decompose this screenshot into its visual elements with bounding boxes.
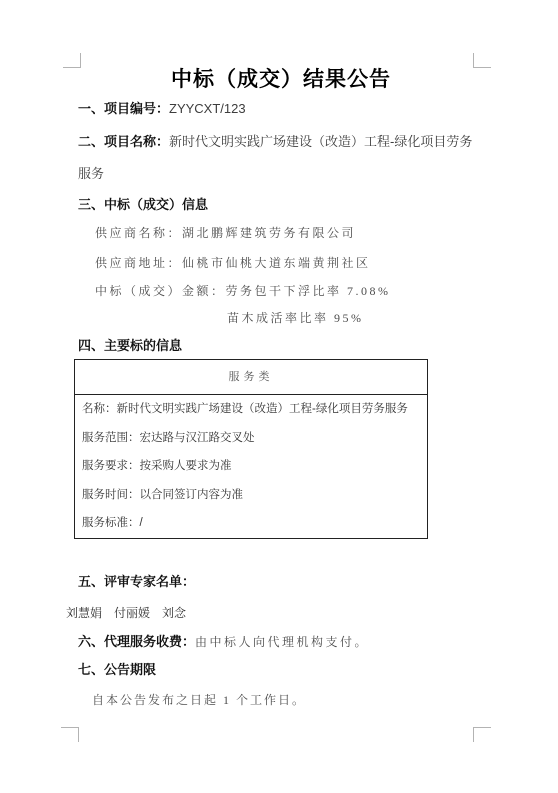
section-project-name: 二、项目名称：新时代文明实践广场建设（改造）工程-绿化项目劳务服务 — [78, 126, 484, 190]
section-project-number: 一、项目编号：ZYYCXT/123 — [78, 101, 484, 117]
agency-fee-label: 六、代理服务收费： — [78, 634, 195, 649]
section-experts-heading: 五、评审专家名单： — [78, 574, 484, 590]
section-subject-info-heading: 四、主要标的信息 — [78, 338, 484, 354]
crop-mark-bottom-right — [473, 727, 491, 742]
table-row-service-scope: 服务范围：宏达路与汉江路交叉处 — [75, 424, 427, 453]
project-number-label: 一、项目编号： — [78, 101, 169, 116]
award-amount-line-2: 苗木成活率比率 95% — [78, 311, 558, 326]
table-header-service-category: 服务类 — [75, 360, 427, 395]
agency-fee-value: 由中标人向代理机构支付。 — [195, 635, 369, 649]
crop-mark-bottom-left — [61, 727, 79, 742]
supplier-address-line: 供应商地址：仙桃市仙桃大道东端黄荆社区 — [78, 256, 501, 271]
section-agency-fee: 六、代理服务收费：由中标人向代理机构支付。 — [78, 634, 484, 650]
project-number-value: ZYYCXT/123 — [169, 101, 246, 116]
table-row-service-requirement: 服务要求：按采购人要求为准 — [75, 452, 427, 481]
document-page: 中标（成交）结果公告 一、项目编号：ZYYCXT/123 二、项目名称：新时代文… — [0, 0, 558, 793]
supplier-name-line: 供应商名称：湖北鹏辉建筑劳务有限公司 — [78, 226, 501, 241]
announcement-period-body: 自本公告发布之日起 1 个工作日。 — [78, 693, 498, 708]
document-title: 中标（成交）结果公告 — [78, 63, 484, 93]
experts-list: 刘慧娟 付丽媛 刘念 — [66, 604, 472, 621]
table-row-name: 名称：新时代文明实践广场建设（改造）工程-绿化项目劳务服务 — [75, 395, 427, 424]
section-announcement-period-heading: 七、公告期限 — [78, 662, 484, 678]
award-amount-line-1: 中标（成交）金额：劳务包干下浮比率 7.08% — [78, 284, 501, 299]
table-row-service-time: 服务时间：以合同签订内容为准 — [75, 481, 427, 510]
subject-info-table: 服务类 名称：新时代文明实践广场建设（改造）工程-绿化项目劳务服务 服务范围：宏… — [74, 359, 428, 539]
section-award-info-heading: 三、中标（成交）信息 — [78, 197, 484, 213]
project-name-label: 二、项目名称： — [78, 134, 169, 149]
table-row-service-standard: 服务标准：/ — [75, 509, 427, 538]
